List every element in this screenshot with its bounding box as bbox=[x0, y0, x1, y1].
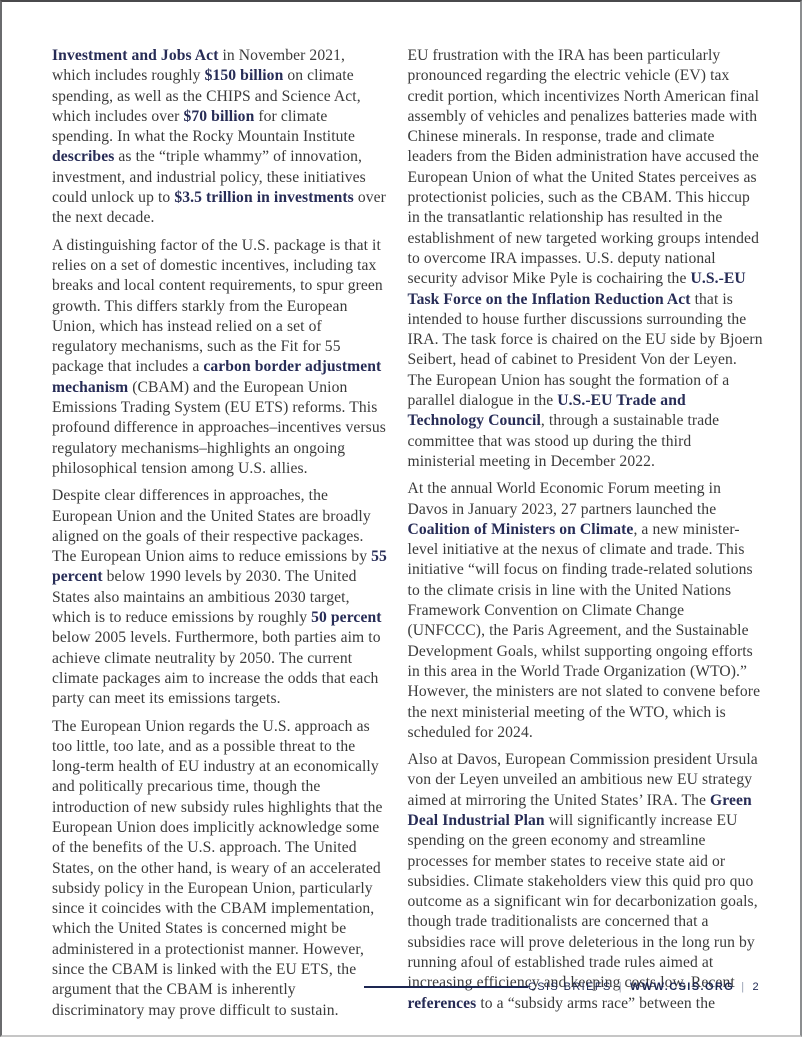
inline-link[interactable]: $70 billion bbox=[183, 108, 254, 125]
footer-website-link[interactable]: WWW.CSIS.ORG bbox=[630, 981, 734, 993]
inline-link[interactable]: describes bbox=[52, 148, 114, 165]
inline-link[interactable]: $150 billion bbox=[205, 67, 284, 84]
paragraph: EU frustration with the IRA has been par… bbox=[408, 46, 763, 472]
paragraph: Investment and Jobs Act in November 2021… bbox=[52, 46, 388, 229]
text-run: will significantly increase EU spending … bbox=[408, 812, 758, 991]
inline-link[interactable]: Investment and Jobs Act bbox=[52, 47, 218, 64]
footer-rule bbox=[364, 986, 528, 988]
footer-separator: | bbox=[734, 981, 752, 993]
text-run: EU frustration with the IRA has been par… bbox=[408, 47, 760, 287]
right-column: EU frustration with the IRA has been par… bbox=[408, 46, 763, 1028]
text-run: , a new minister-level initiative at the… bbox=[408, 521, 761, 741]
inline-link[interactable]: 50 percent bbox=[311, 609, 381, 626]
paragraph: At the annual World Economic Forum meeti… bbox=[408, 479, 763, 743]
footer-text: CSIS BRIEFS | WWW.CSIS.ORG | 2 bbox=[528, 981, 760, 993]
paragraph: A distinguishing factor of the U.S. pack… bbox=[52, 236, 388, 480]
page-footer: CSIS BRIEFS | WWW.CSIS.ORG | 2 bbox=[364, 981, 760, 993]
paragraph: Also at Davos, European Commission presi… bbox=[408, 750, 763, 1014]
inline-link[interactable]: Coalition of Ministers on Climate bbox=[408, 521, 634, 538]
inline-link[interactable]: $3.5 trillion in investments bbox=[174, 189, 354, 206]
document-page: Investment and Jobs Act in November 2021… bbox=[0, 0, 802, 1037]
article-body: Investment and Jobs Act in November 2021… bbox=[52, 46, 763, 1028]
text-run: At the annual World Economic Forum meeti… bbox=[408, 480, 721, 517]
text-run: The European Union regards the U.S. appr… bbox=[52, 718, 383, 1019]
inline-link[interactable]: references bbox=[408, 995, 477, 1012]
text-run: Also at Davos, European Commission presi… bbox=[408, 751, 758, 809]
text-run: to a “subsidy arms race” between the bbox=[476, 995, 715, 1012]
footer-brand: CSIS BRIEFS bbox=[528, 981, 612, 993]
left-column: Investment and Jobs Act in November 2021… bbox=[52, 46, 388, 1028]
paragraph: Despite clear differences in approaches,… bbox=[52, 486, 388, 709]
paragraph: The European Union regards the U.S. appr… bbox=[52, 717, 388, 1021]
text-run: below 2005 levels. Furthermore, both par… bbox=[52, 629, 381, 707]
footer-page-number: 2 bbox=[752, 981, 760, 993]
footer-separator: | bbox=[612, 981, 630, 993]
text-run: Despite clear differences in approaches,… bbox=[52, 487, 371, 565]
text-run: A distinguishing factor of the U.S. pack… bbox=[52, 237, 383, 376]
